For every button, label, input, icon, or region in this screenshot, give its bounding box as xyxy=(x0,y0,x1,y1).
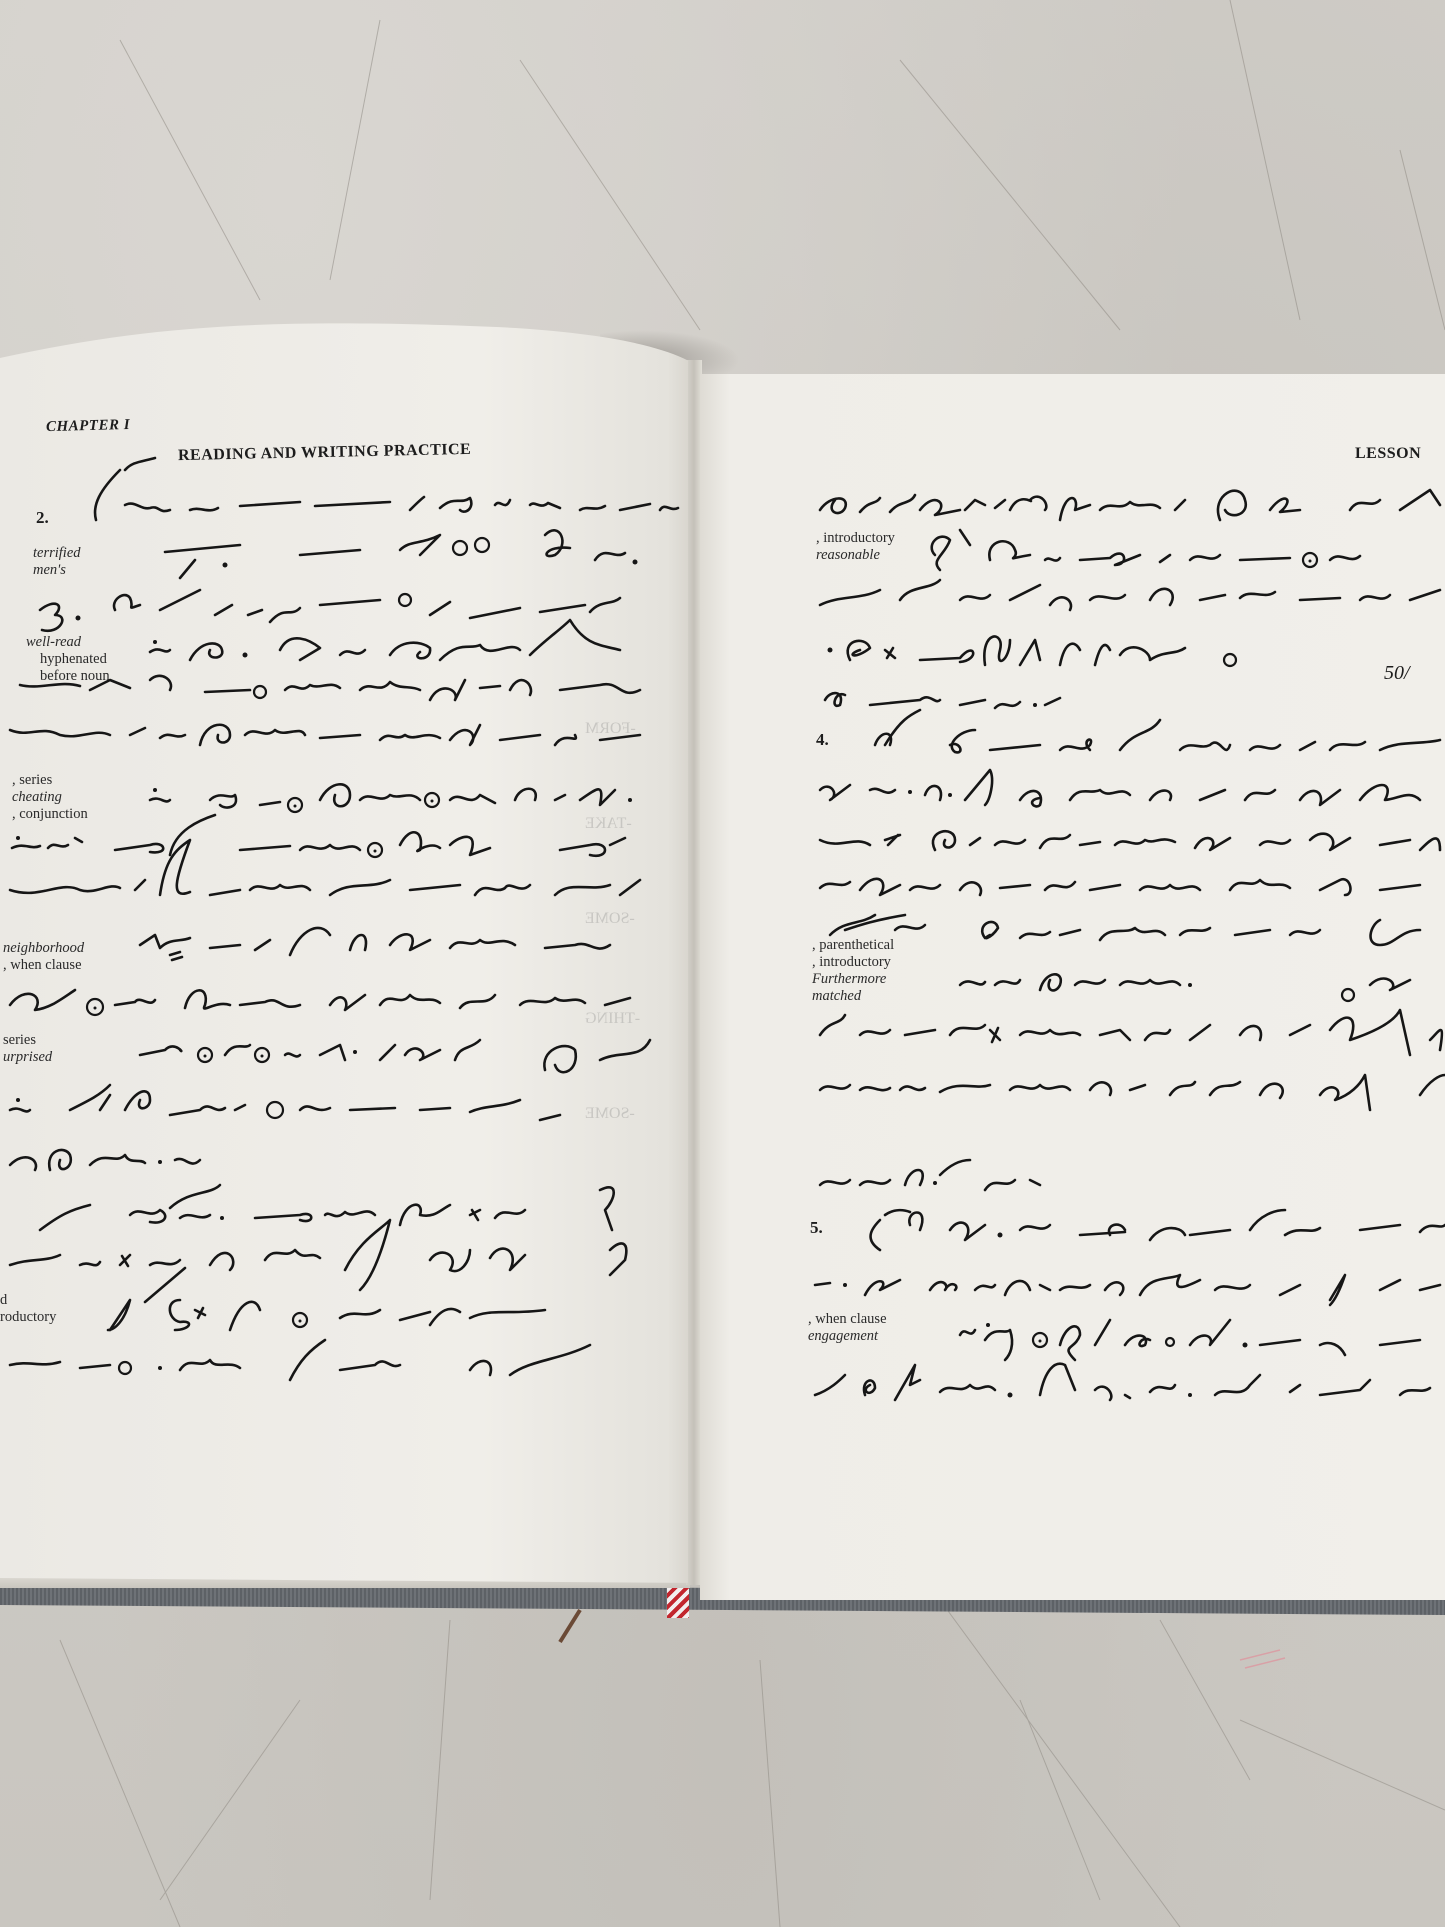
margin-note-line: d xyxy=(0,1292,56,1309)
margin-note-line: , conjunction xyxy=(12,806,88,823)
margin-note-line: neighborhood xyxy=(3,940,84,957)
margin-note-line: cheating xyxy=(12,789,88,806)
margin-note-line: , series xyxy=(12,772,88,789)
margin-note-line: men's xyxy=(33,562,81,579)
margin-note: , introductory reasonable xyxy=(816,530,895,564)
exercise-number: 5. xyxy=(810,1218,823,1238)
margin-note: series urprised xyxy=(3,1032,52,1066)
show-through-text: -TAKE xyxy=(585,815,632,833)
exercise-number: 2. xyxy=(36,508,49,528)
margin-note-line: series xyxy=(3,1032,52,1049)
running-head-chapter: CHAPTER I xyxy=(46,417,131,436)
margin-note-line: well-read xyxy=(26,634,110,651)
margin-note-line: before noun xyxy=(26,668,110,685)
margin-note: well-read hyphenated before noun xyxy=(26,634,110,685)
margin-note-line: , introductory xyxy=(816,530,895,547)
margin-note-line: roductory xyxy=(0,1309,56,1326)
margin-note-line: , parenthetical xyxy=(812,937,894,954)
margin-note-line: terrified xyxy=(33,545,81,562)
margin-note-line: Furthermore xyxy=(812,971,894,988)
margin-note-line: , introductory xyxy=(812,954,894,971)
margin-note: , when clause engagement xyxy=(808,1311,887,1345)
margin-note-line: , when clause xyxy=(808,1311,887,1328)
left-page xyxy=(0,318,688,1583)
running-head-lesson: LESSON xyxy=(1355,445,1421,463)
margin-note-line: hyphenated xyxy=(26,651,110,668)
show-through-text: -FORM xyxy=(585,720,636,738)
margin-note: neighborhood , when clause xyxy=(3,940,84,974)
margin-note-line: matched xyxy=(812,988,894,1005)
show-through-text: -SOME xyxy=(585,1105,635,1123)
margin-note: terrified men's xyxy=(33,545,81,579)
show-through-text: -THING xyxy=(585,1010,640,1028)
margin-note-line: reasonable xyxy=(816,547,895,564)
inline-number: 50/ xyxy=(1384,662,1410,685)
margin-note: , parenthetical , introductory Furthermo… xyxy=(812,937,894,1005)
margin-note-line: , when clause xyxy=(3,957,84,974)
margin-note: , series cheating , conjunction xyxy=(12,772,88,823)
show-through-text: -SOME xyxy=(585,910,635,928)
margin-note-line: engagement xyxy=(808,1328,887,1345)
margin-note-line: urprised xyxy=(3,1049,52,1066)
margin-note: d roductory xyxy=(0,1292,56,1326)
exercise-number: 4. xyxy=(816,730,829,750)
